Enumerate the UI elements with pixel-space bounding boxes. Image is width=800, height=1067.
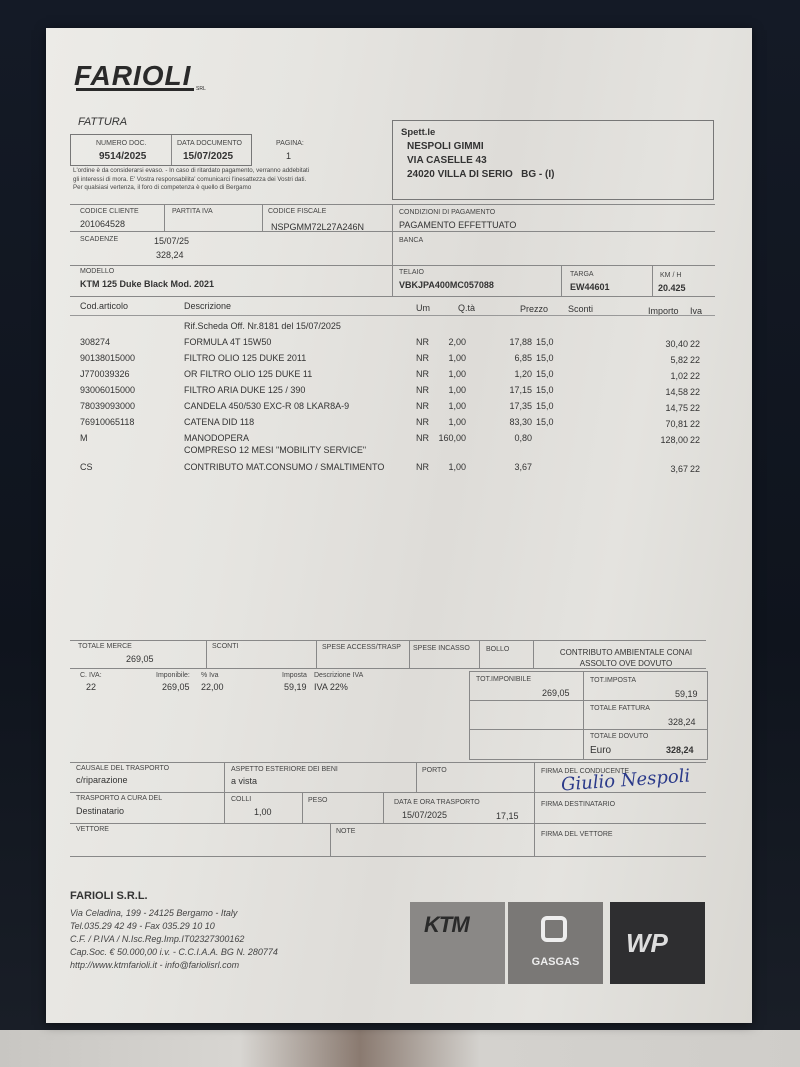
cell-qty: 1,00	[406, 417, 466, 427]
doc-info-box: NUMERO DOC. 9514/2025 DATA DOCUMENTO 15/…	[70, 134, 252, 166]
goods-appearance: a vista	[231, 776, 257, 786]
recipient-box: Spett.le NESPOLI GIMMI VIA CASELLE 43 24…	[392, 120, 714, 200]
cell-code: 93006015000	[80, 385, 135, 395]
cell-price: 1,20	[472, 369, 532, 379]
col-code: Cod.articolo	[80, 301, 128, 311]
vat-desc: IVA 22%	[314, 682, 348, 692]
vat-percent-label: % Iva	[201, 672, 219, 679]
taxable: 269,05	[162, 682, 190, 692]
cell-vat: 22	[690, 355, 700, 365]
transport-time: 17,15	[496, 811, 519, 821]
cell-qty: 160,00	[406, 433, 466, 443]
totals-box: TOT.IMPONIBILE 269,05 TOT.IMPOSTA 59,19 …	[469, 671, 708, 760]
cell-price: 3,67	[472, 462, 532, 472]
payment-terms-label: CONDIZIONI DI PAGAMENTO	[399, 209, 495, 216]
customer-code: 201064528	[80, 219, 125, 229]
model-label: MODELLO	[80, 268, 114, 275]
cell-amount: 14,58	[628, 387, 688, 397]
cell-price: 17,35	[472, 401, 532, 411]
vat-code-label: C. IVA:	[80, 672, 102, 679]
cell-qty: 1,00	[406, 353, 466, 363]
goods-total: 269,05	[126, 654, 154, 664]
cell-amount: 5,82	[628, 355, 688, 365]
tot-tax-label: TOT.IMPOSTA	[590, 677, 636, 684]
payment-terms: PAGAMENTO EFFETTUATO	[399, 220, 516, 230]
cell-vat: 22	[690, 403, 700, 413]
cell-desc: FILTRO OLIO 125 DUKE 2011	[184, 353, 306, 363]
doc-date: 15/07/2025	[183, 151, 233, 162]
cell-desc-continued: COMPRESO 12 MESI "MOBILITY SERVICE"	[184, 445, 366, 455]
col-desc: Descrizione	[184, 301, 231, 311]
col-qty: Q.tà	[458, 303, 475, 313]
vehicle-model: KTM 125 Duke Black Mod. 2021	[80, 279, 214, 289]
km-label: KM / H	[660, 272, 681, 279]
transport-reason: c/riparazione	[76, 775, 128, 785]
cell-desc: CATENA DID 118	[184, 417, 254, 427]
transport-reason-label: CAUSALE DEL TRASPORTO	[76, 765, 169, 772]
taxable-label: Imponibile:	[156, 672, 190, 679]
reference-line: Rif.Scheda Off. Nr.8181 del 15/07/2025	[184, 321, 341, 331]
col-discount: Sconti	[568, 304, 593, 314]
cell-desc: MANODOPERA	[184, 433, 249, 443]
gasgas-g-icon	[541, 916, 567, 942]
weight-label: PESO	[308, 797, 327, 804]
cell-discount: 15,0	[536, 417, 554, 427]
cell-qty: 2,00	[406, 337, 466, 347]
transport-by-label: TRASPORTO A CURA DEL	[76, 795, 162, 802]
cell-code: CS	[80, 462, 93, 472]
cell-price: 6,85	[472, 353, 532, 363]
doc-number-label: NUMERO DOC.	[96, 140, 147, 147]
cell-code: 78039093000	[80, 401, 135, 411]
cell-code: 308274	[80, 337, 110, 347]
vat-desc-label: Descrizione IVA	[314, 672, 363, 679]
due-date: 15/07/25	[154, 236, 189, 246]
cell-discount: 15,0	[536, 401, 554, 411]
logo-underline	[76, 88, 194, 91]
recipient-signature-label: FIRMA DESTINATARIO	[541, 801, 615, 808]
fiscal-code: NSPGMM72L27A246N	[271, 222, 364, 232]
terms-notice: L'ordine è da considerarsi evaso. - In c…	[73, 167, 373, 193]
cell-discount: 15,0	[536, 337, 554, 347]
cell-amount: 14,75	[628, 403, 688, 413]
tax-label: Imposta	[282, 672, 307, 679]
cell-qty: 1,00	[406, 369, 466, 379]
col-price: Prezzo	[520, 304, 548, 314]
cell-discount: 15,0	[536, 369, 554, 379]
notes-label: NOTE	[336, 828, 355, 835]
due-total-label: TOTALE DOVUTO	[590, 733, 648, 740]
transport-by: Destinatario	[76, 806, 124, 816]
cell-qty: 1,00	[406, 385, 466, 395]
footer-company-name: FARIOLI S.R.L.	[70, 890, 148, 902]
cell-amount: 1,02	[628, 371, 688, 381]
discounts-label: SCONTI	[212, 643, 238, 650]
vehicle-plate: EW44601	[570, 282, 610, 292]
cell-vat: 22	[690, 419, 700, 429]
recipient-city: 24020 VILLA DI SERIO BG - (I)	[407, 167, 554, 182]
cell-price: 83,30	[472, 417, 532, 427]
cell-price: 17,88	[472, 337, 532, 347]
tax: 59,19	[284, 682, 307, 692]
ktm-logo: KTM	[410, 902, 505, 984]
cell-amount: 70,81	[628, 419, 688, 429]
doc-date-label: DATA DOCUMENTO	[177, 140, 242, 147]
logo-suffix: SRL	[196, 86, 206, 92]
tot-taxable-label: TOT.IMPONIBILE	[476, 676, 531, 683]
cell-discount: 15,0	[536, 353, 554, 363]
transport-datetime-label: DATA E ORA TRASPORTO	[394, 799, 480, 806]
tot-taxable: 269,05	[542, 688, 570, 698]
cell-code: 76910065118	[80, 417, 134, 427]
cell-qty: 1,00	[406, 462, 466, 472]
vat-number-label: PARTITA IVA	[172, 208, 213, 215]
cell-discount: 15,0	[536, 385, 554, 395]
cell-qty: 1,00	[406, 401, 466, 411]
cell-desc: CONTRIBUTO MAT.CONSUMO / SMALTIMENTO	[184, 462, 384, 472]
frame-label: TELAIO	[399, 269, 424, 276]
due-dates-label: SCADENZE	[80, 236, 118, 243]
cell-amount: 3,67	[628, 464, 688, 474]
cell-desc: OR FILTRO OLIO 125 DUKE 11	[184, 369, 312, 379]
cell-code: J770039326	[80, 369, 130, 379]
cell-vat: 22	[690, 464, 700, 474]
stamp-label: BOLLO	[486, 646, 509, 653]
footer-company-details: Via Celadina, 199 - 24125 Bergamo - Ital…	[70, 907, 278, 972]
vehicle-frame: VBKJPA400MC057088	[399, 280, 494, 290]
cell-amount: 30,40	[628, 339, 688, 349]
vat-percent: 22,00	[201, 682, 224, 692]
bank-label: BANCA	[399, 237, 423, 244]
doc-number: 9514/2025	[99, 151, 146, 162]
background-floor	[0, 1030, 800, 1067]
invoice-document: FARIOLI SRL FATTURA NUMERO DOC. 9514/202…	[46, 28, 752, 1023]
cell-code: 90138015000	[80, 353, 135, 363]
tot-tax: 59,19	[675, 689, 698, 699]
recipient-name: NESPOLI GIMMI	[407, 139, 484, 154]
carrier-signature-label: FIRMA DEL VETTORE	[541, 831, 613, 838]
col-um: Um	[416, 303, 430, 313]
invoice-total-label: TOTALE FATTURA	[590, 705, 650, 712]
page-number: 1	[286, 151, 291, 161]
transport-date: 15/07/2025	[402, 810, 447, 820]
due-amount: 328,24	[156, 250, 184, 260]
gasgas-logo: GASGAS	[508, 902, 603, 984]
wp-logo: WP	[610, 902, 705, 984]
cell-desc: FORMULA 4T 15W50	[184, 337, 271, 347]
vat-code: 22	[86, 682, 96, 692]
cell-amount: 128,00	[628, 435, 688, 445]
cell-desc: FILTRO ARIA DUKE 125 / 390	[184, 385, 305, 395]
cell-vat: 22	[690, 339, 700, 349]
cell-desc: CANDELA 450/530 EXC-R 08 LKAR8A-9	[184, 401, 349, 411]
carrier-label: VETTORE	[76, 826, 109, 833]
conai-note: CONTRIBUTO AMBIENTALE CONAI ASSOLTO OVE …	[536, 647, 716, 669]
fiscal-code-label: CODICE FISCALE	[268, 208, 326, 215]
cell-price: 0,80	[472, 433, 532, 443]
due-total: 328,24	[666, 745, 694, 755]
currency: Euro	[590, 745, 611, 756]
packages-label: COLLI	[231, 796, 251, 803]
goods-appearance-label: ASPETTO ESTERIORE DEI BENI	[231, 766, 338, 773]
cell-vat: 22	[690, 387, 700, 397]
cell-vat: 22	[690, 435, 700, 445]
access-costs-label: SPESE ACCESS/TRASP	[322, 644, 401, 651]
document-type: FATTURA	[78, 116, 127, 128]
recipient-street: VIA CASELLE 43	[407, 153, 487, 168]
port-label: PORTO	[422, 767, 447, 774]
vehicle-km: 20.425	[658, 283, 686, 293]
cell-price: 17,15	[472, 385, 532, 395]
cell-vat: 22	[690, 371, 700, 381]
invoice-total: 328,24	[668, 717, 696, 727]
page-label: PAGINA:	[276, 140, 304, 147]
plate-label: TARGA	[570, 271, 594, 278]
customer-code-label: CODICE CLIENTE	[80, 208, 139, 215]
recipient-salutation: Spett.le	[401, 125, 435, 140]
goods-total-label: TOTALE MERCE	[78, 643, 132, 650]
collection-costs-label: SPESE INCASSO	[413, 645, 470, 652]
cell-code: M	[80, 433, 88, 443]
packages: 1,00	[254, 807, 272, 817]
